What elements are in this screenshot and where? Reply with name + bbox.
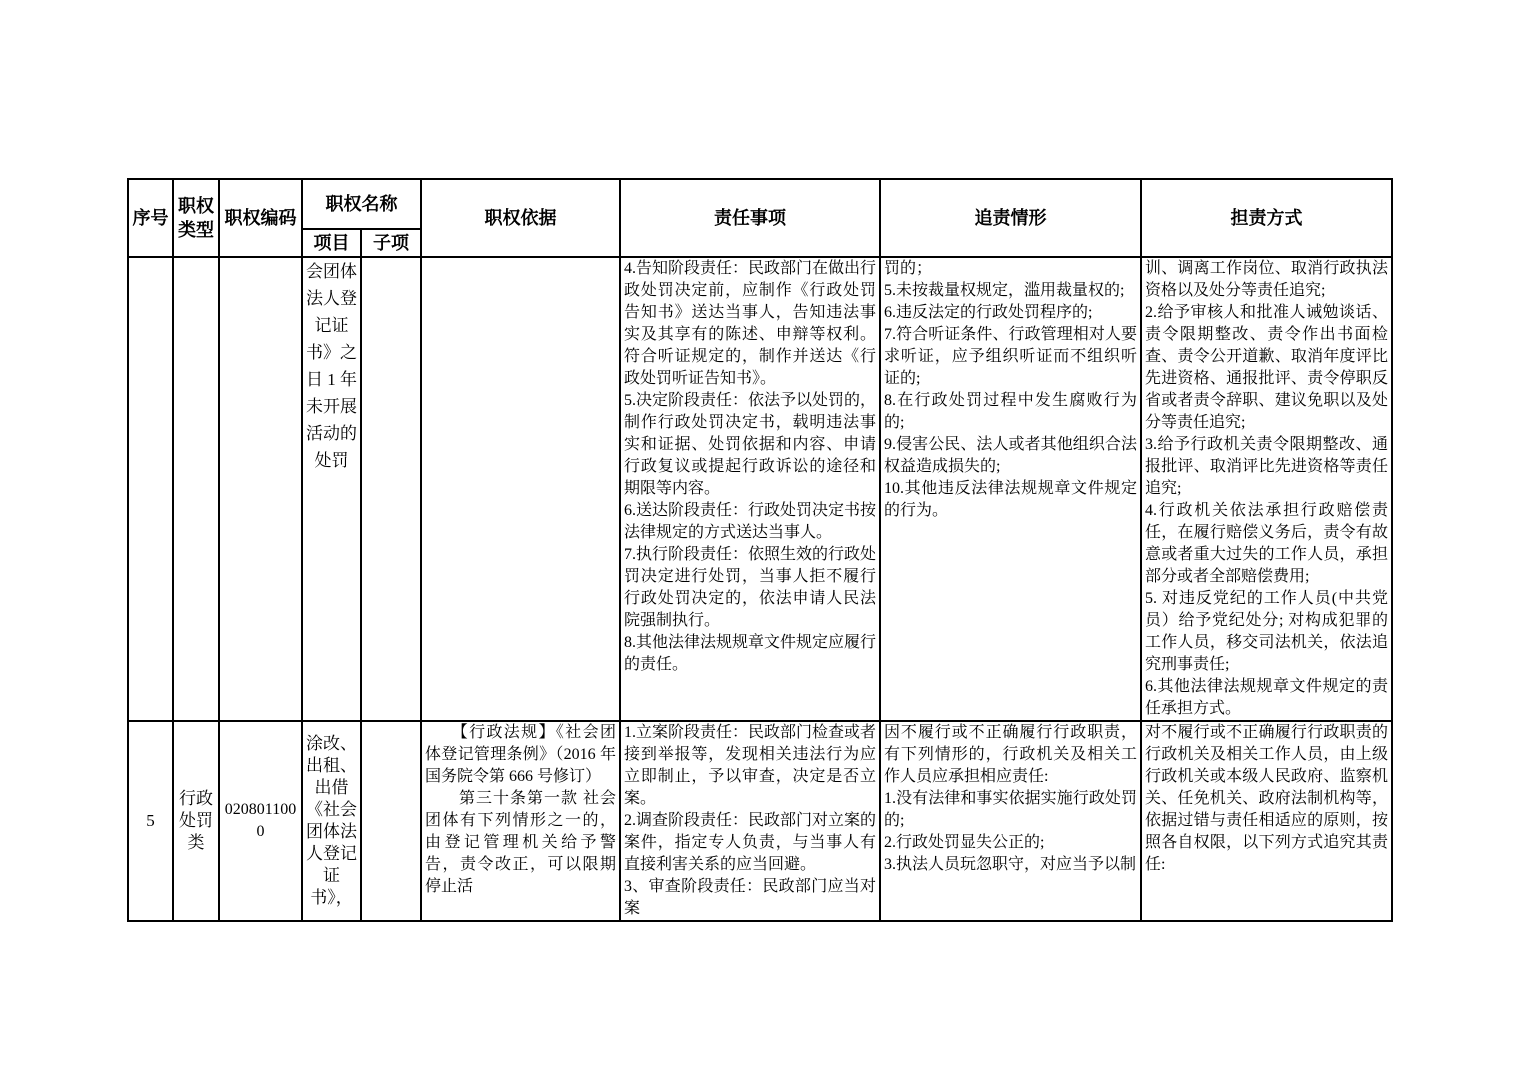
cell-r1-type-empty: [173, 257, 219, 721]
header-subitem: 子项: [361, 229, 421, 257]
cell-r2-basis: 【行政法规】《社会团体登记管理条例》（2016 年国务院令第 666 号修订） …: [421, 721, 620, 921]
cell-r2-method: 对不履行或不正确履行行政职责的行政机关及相关工作人员，由上级行政机关或本级人民政…: [1141, 721, 1392, 921]
header-power-code: 职权编码: [219, 179, 302, 257]
header-accountability-situations: 追责情形: [880, 179, 1141, 257]
cell-r2-type: 行政处罚类: [173, 721, 219, 921]
cell-r2-subitem-empty: [361, 721, 421, 921]
cell-r1-subitem-empty: [361, 257, 421, 721]
header-power-basis: 职权依据: [421, 179, 620, 257]
cell-r2-serial: 5: [128, 721, 173, 921]
header-serial: 序号: [128, 179, 173, 257]
cell-r1-code-empty: [219, 257, 302, 721]
header-power-type: 职权类型: [173, 179, 219, 257]
document-page: 序号 职权类型 职权编码 职权名称 职权依据 责任事项 追责情形 担责方式 项目…: [0, 0, 1520, 1074]
cell-r2-accountability: 因不履行或不正确履行行政职责，有下列情形的，行政机关及相关工作人员应承担相应责任…: [880, 721, 1141, 921]
cell-r1-basis-empty: [421, 257, 620, 721]
cell-r1-item: 会团体法人登记证书》之日 1 年未开展活动的处罚: [302, 257, 361, 721]
header-power-name: 职权名称: [302, 179, 421, 229]
cell-r1-method: 训、调离工作岗位、取消行政执法资格以及处分等责任追究; 2.给予审核人和批准人诫…: [1141, 257, 1392, 721]
header-responsibility-method: 担责方式: [1141, 179, 1392, 257]
header-duty-items: 责任事项: [620, 179, 880, 257]
cell-r1-serial-empty: [128, 257, 173, 721]
cell-r2-code: 0208011000: [219, 721, 302, 921]
table-row-continuation: 会团体法人登记证书》之日 1 年未开展活动的处罚 4.告知阶段责任：民政部门在做…: [128, 257, 1392, 721]
cell-r2-item: 涂改、出租、出借《社会团体法人登记证书》，: [302, 721, 361, 921]
power-responsibility-table: 序号 职权类型 职权编码 职权名称 职权依据 责任事项 追责情形 担责方式 项目…: [127, 178, 1393, 922]
cell-r2-duty: 1.立案阶段责任：民政部门检查或者接到举报等，发现相关违法行为应立即制止，予以审…: [620, 721, 880, 921]
cell-r1-duty: 4.告知阶段责任：民政部门在做出行政处罚决定前，应制作《行政处罚告知书》送达当事…: [620, 257, 880, 721]
cell-r1-accountability: 罚的； 5.未按裁量权规定，滥用裁量权的; 6.违反法定的行政处罚程序的; 7.…: [880, 257, 1141, 721]
table-row-5: 5 行政处罚类 0208011000 涂改、出租、出借《社会团体法人登记证书》，…: [128, 721, 1392, 921]
header-item: 项目: [302, 229, 361, 257]
